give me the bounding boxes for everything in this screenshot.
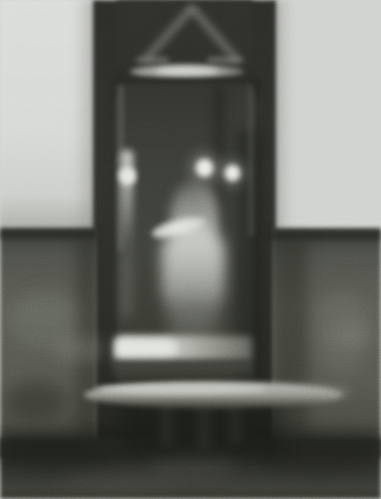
film-grain-overlay — [0, 0, 381, 499]
ghost-photograph — [0, 0, 381, 499]
